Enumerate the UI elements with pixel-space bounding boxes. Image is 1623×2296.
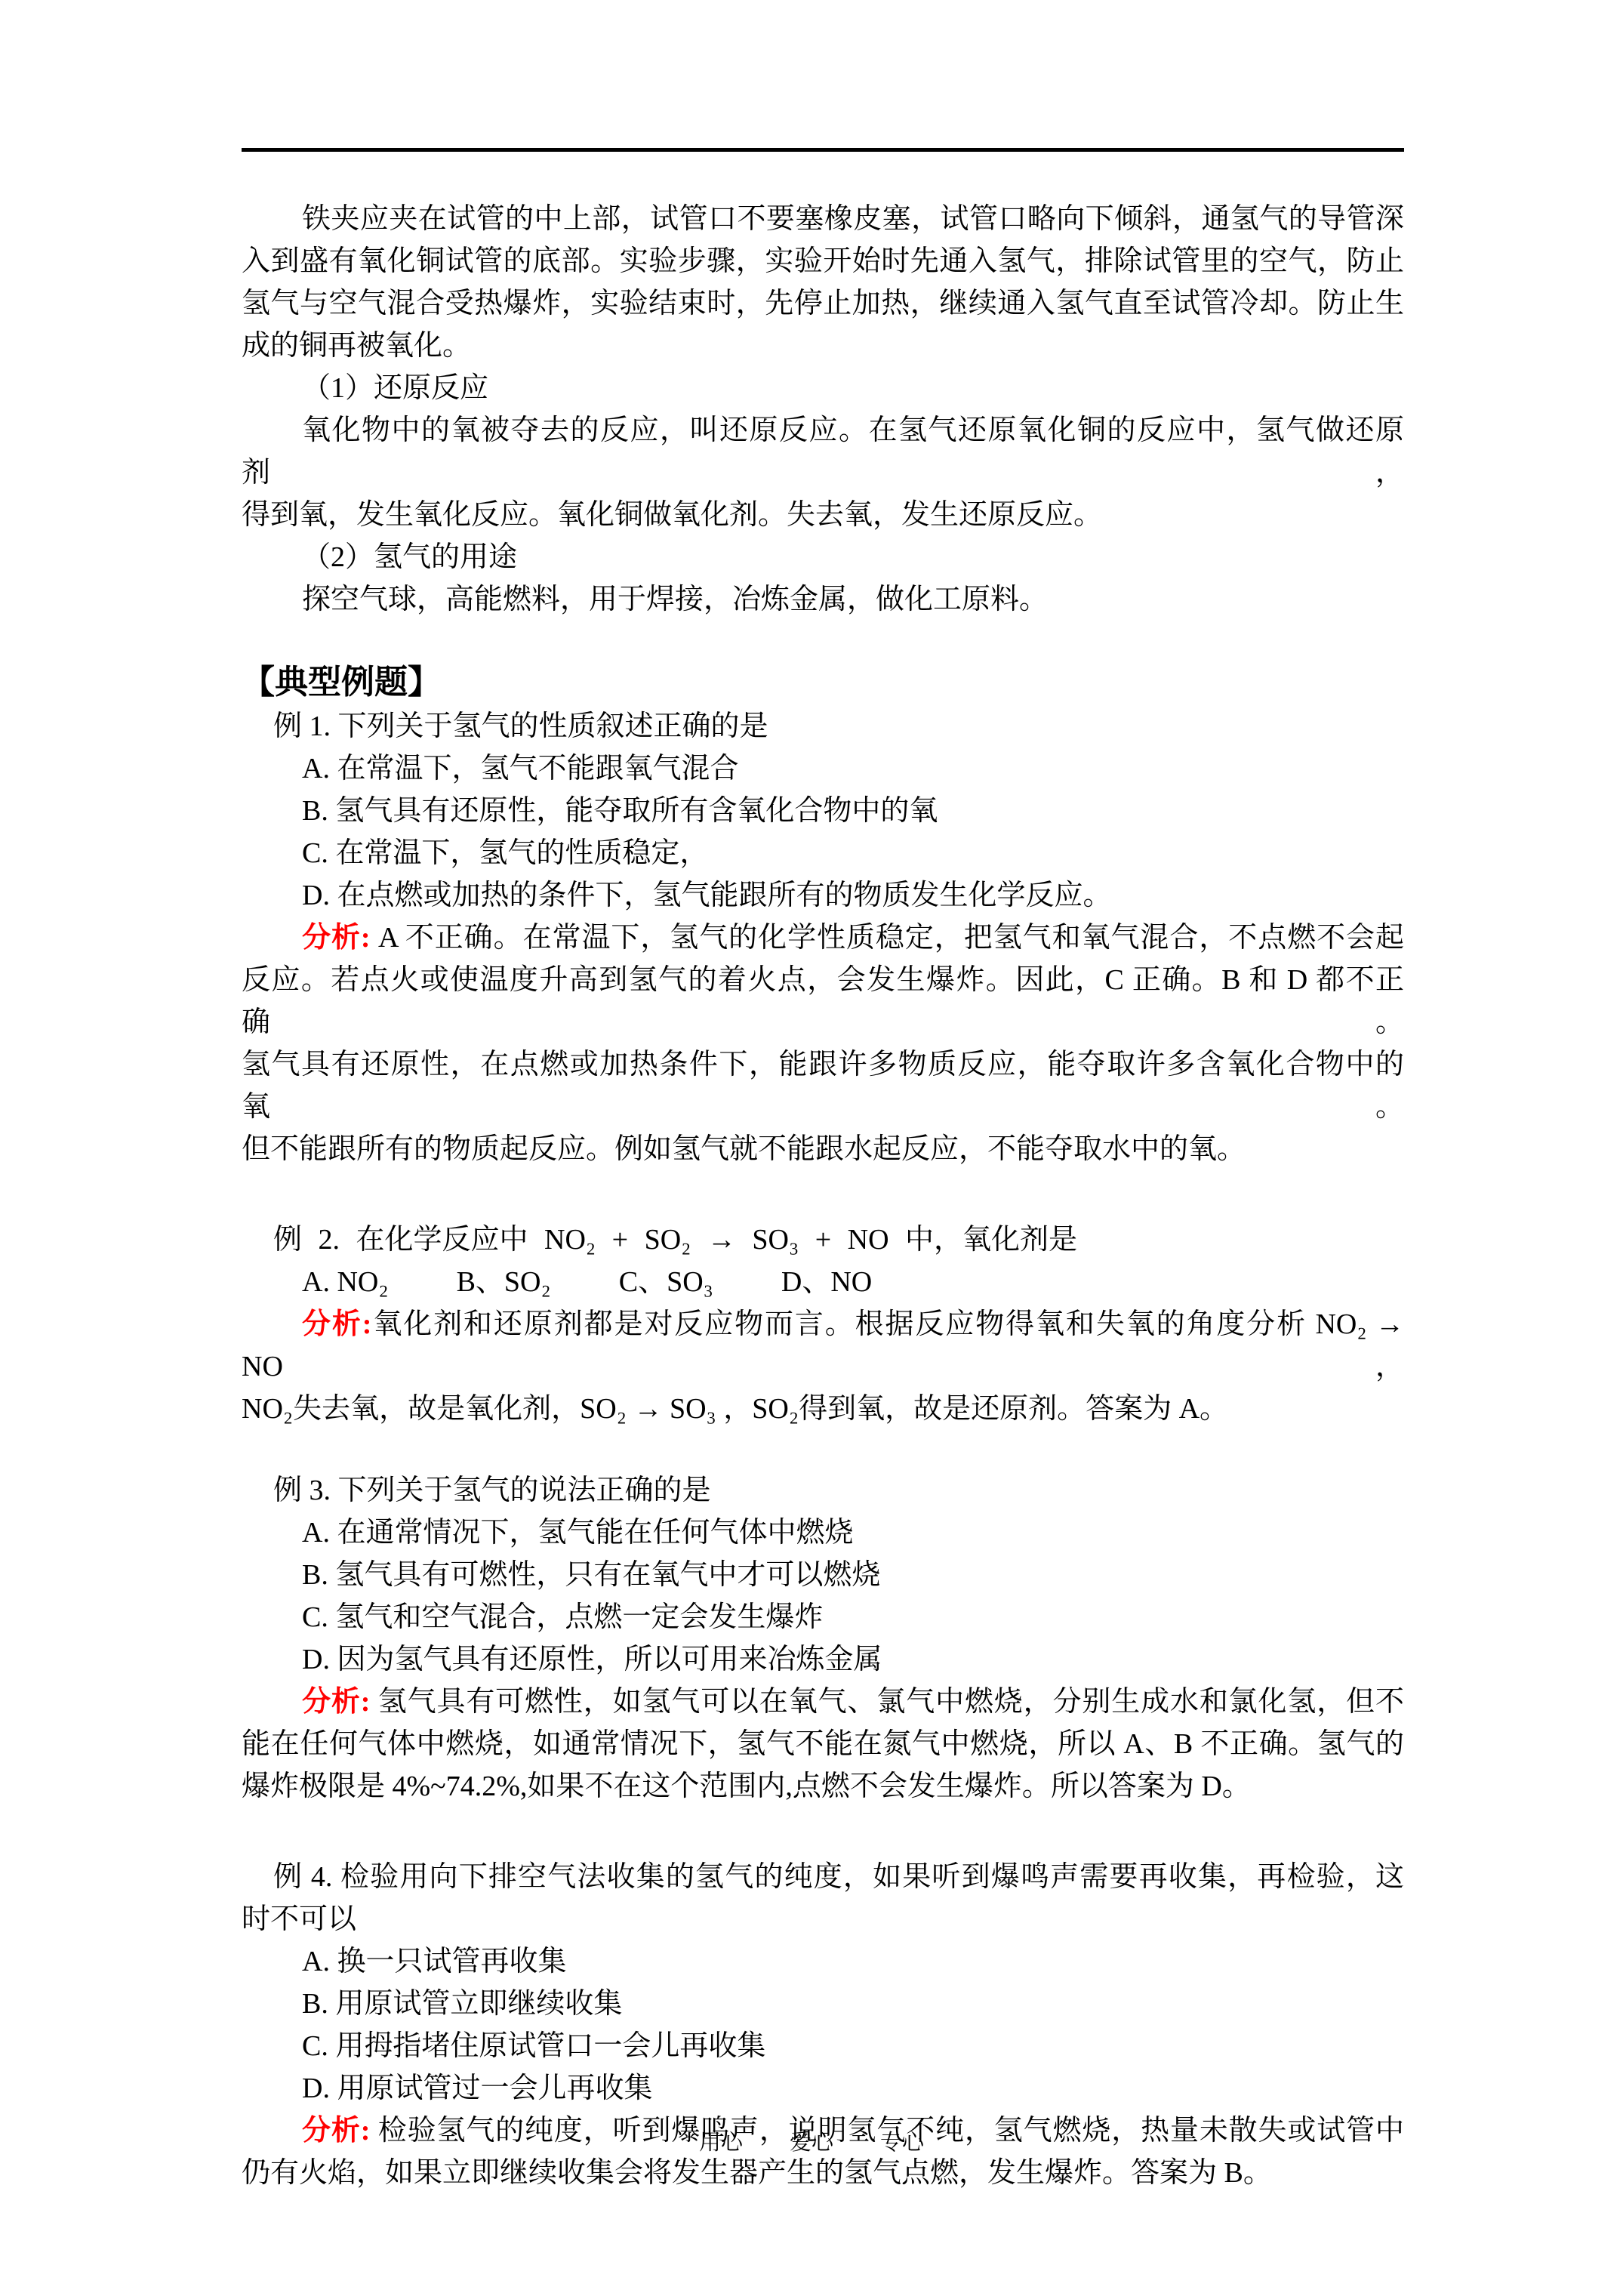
options-inline-row: A. NO₂B、SO₂C、SO₃D、NO bbox=[242, 1261, 1404, 1303]
analysis-line: 仍有火焰，如果立即继续收集会将发生器产生的氢气点燃，发生爆炸。答案为 B。 bbox=[242, 2152, 1404, 2194]
analysis-line: 分析: 氢气具有可燃性，如氢气可以在氧气、氯气中燃烧，分别生成水和氯化氢，但不 bbox=[242, 1681, 1404, 1723]
option-item: B、SO₂ bbox=[457, 1266, 551, 1298]
subheading-hydrogen-uses: （2）氢气的用途 bbox=[242, 536, 1404, 578]
analysis-text: A 不正确。在常温下，氢气的化学性质稳定，把氢气和氧气混合，不点燃不会起 bbox=[371, 922, 1404, 954]
subheading-reduction-reaction: （1）还原反应 bbox=[242, 367, 1404, 409]
example-1: 例 1. 下列关于氢气的性质叙述正确的是 A. 在常温下，氢气不能跟氧气混合 B… bbox=[242, 705, 1404, 1170]
option-item: C、SO₃ bbox=[619, 1266, 713, 1298]
text-line: 氢气与空气混合受热爆炸，实验结束时，先停止加热，继续通入氢气直至试管冷却。防止生 bbox=[242, 282, 1404, 325]
option-line: C. 在常温下，氢气的性质稳定， bbox=[242, 832, 1404, 874]
uses-paragraph: 探空气球，高能燃料，用于焊接，冶炼金属，做化工原料。 bbox=[242, 578, 1404, 621]
analysis-line: 分析: A 不正确。在常温下，氢气的化学性质稳定，把氢气和氧气混合，不点燃不会起 bbox=[242, 917, 1404, 959]
analysis-label: 分析: bbox=[302, 922, 371, 954]
option-line: D. 在点燃或加热的条件下，氢气能跟所有的物质发生化学反应。 bbox=[242, 874, 1404, 917]
footer-word: 爱心 bbox=[790, 2131, 833, 2155]
analysis-text: 氢气具有可燃性，如氢气可以在氧气、氯气中燃烧，分别生成水和氯化氢，但不 bbox=[370, 1686, 1404, 1718]
option-item: A. NO₂ bbox=[302, 1266, 389, 1298]
option-line: B. 氢气具有还原性，能夺取所有含氧化合物中的氧 bbox=[242, 790, 1404, 832]
analysis-line: 爆炸极限是 4%~74.2%,如果不在这个范围内,点燃不会发生爆炸。所以答案为 … bbox=[242, 1765, 1404, 1808]
page-footer: 用心爱心专心 bbox=[0, 2129, 1623, 2156]
option-line: B. 用原试管立即继续收集 bbox=[242, 1983, 1404, 2025]
text-line: 得到氧，发生氧化反应。氧化铜做氧化剂。失去氧，发生还原反应。 bbox=[242, 494, 1404, 536]
option-line: A. 换一只试管再收集 bbox=[242, 1940, 1404, 1983]
question-line: 时不可以 bbox=[242, 1898, 1404, 1940]
option-line: B. 氢气具有可燃性，只有在氧气中才可以燃烧 bbox=[242, 1554, 1404, 1596]
notes-paragraph-1: 铁夹应夹在试管的中上部，试管口不要塞橡皮塞，试管口略向下倾斜，通氢气的导管深 入… bbox=[242, 198, 1404, 367]
header-rule bbox=[242, 148, 1404, 152]
option-item: D、NO bbox=[781, 1266, 872, 1298]
option-line: A. 在常温下，氢气不能跟氧气混合 bbox=[242, 747, 1404, 790]
option-line: D. 因为氢气具有还原性，所以可用来冶炼金属 bbox=[242, 1638, 1404, 1681]
option-line: C. 用拇指堵住原试管口一会儿再收集 bbox=[242, 2025, 1404, 2067]
analysis-label: 分析: bbox=[302, 1308, 371, 1340]
option-line: C. 氢气和空气混合，点燃一定会发生爆炸 bbox=[242, 1596, 1404, 1638]
analysis-line: 反应。若点火或使温度升高到氢气的着火点，会发生爆炸。因此，C 正确。B 和 D … bbox=[242, 959, 1404, 1043]
example-2: 例 2. 在化学反应中 NO₂ + SO₂ → SO₃ + NO 中，氧化剂是 … bbox=[242, 1219, 1404, 1430]
question-line: 例 3. 下列关于氢气的说法正确的是 bbox=[242, 1469, 1404, 1512]
analysis-line: 能在任何气体中燃烧，如通常情况下，氢气不能在氮气中燃烧，所以 A、B 不正确。氢… bbox=[242, 1723, 1404, 1765]
section-heading: 【典型例题】 bbox=[242, 660, 1404, 705]
footer-word: 专心 bbox=[880, 2131, 924, 2155]
analysis-line: 但不能跟所有的物质起反应。例如氢气就不能跟水起反应，不能夺取水中的氧。 bbox=[242, 1128, 1404, 1170]
analysis-label: 分析: bbox=[302, 1686, 370, 1718]
text-line: 铁夹应夹在试管的中上部，试管口不要塞橡皮塞，试管口略向下倾斜，通氢气的导管深 bbox=[242, 198, 1404, 240]
analysis-line: NO₂失去氧，故是氧化剂，SO₂ → SO₃ ，SO₂得到氧，故是还原剂。答案为… bbox=[242, 1388, 1404, 1430]
question-line: 例 1. 下列关于氢气的性质叙述正确的是 bbox=[242, 705, 1404, 747]
document-page: 铁夹应夹在试管的中上部，试管口不要塞橡皮塞，试管口略向下倾斜，通氢气的导管深 入… bbox=[0, 0, 1623, 2296]
example-3: 例 3. 下列关于氢气的说法正确的是 A. 在通常情况下，氢气能在任何气体中燃烧… bbox=[242, 1469, 1404, 1808]
question-line: 例 4. 检验用向下排空气法收集的氢气的纯度，如果听到爆鸣声需要再收集，再检验，… bbox=[242, 1856, 1404, 1898]
footer-word: 用心 bbox=[699, 2131, 743, 2155]
option-line: A. 在通常情况下，氢气能在任何气体中燃烧 bbox=[242, 1512, 1404, 1554]
option-line: D. 用原试管过一会儿再收集 bbox=[242, 2067, 1404, 2110]
text-line: 成的铜再被氧化。 bbox=[242, 325, 1404, 367]
document-content: 铁夹应夹在试管的中上部，试管口不要塞橡皮塞，试管口略向下倾斜，通氢气的导管深 入… bbox=[242, 148, 1404, 2194]
question-line: 例 2. 在化学反应中 NO₂ + SO₂ → SO₃ + NO 中，氧化剂是 bbox=[242, 1219, 1404, 1261]
text-line: 入到盛有氧化铜试管的底部。实验步骤，实验开始时先通入氢气，排除试管里的空气，防止 bbox=[242, 240, 1404, 282]
analysis-text: 氧化剂和还原剂都是对反应物而言。根据反应物得氧和失氧的角度分析 NO₂ → NO… bbox=[242, 1308, 1404, 1382]
text-line: 氧化物中的氧被夺去的反应，叫还原反应。在氢气还原氧化铜的反应中，氢气做还原剂， bbox=[242, 409, 1404, 494]
analysis-line: 分析:氧化剂和还原剂都是对反应物而言。根据反应物得氧和失氧的角度分析 NO₂ →… bbox=[242, 1303, 1404, 1388]
analysis-line: 氢气具有还原性，在点燃或加热条件下，能跟许多物质反应，能夺取许多含氧化合物中的氧… bbox=[242, 1043, 1404, 1128]
notes-paragraph-2: 氧化物中的氧被夺去的反应，叫还原反应。在氢气还原氧化铜的反应中，氢气做还原剂， … bbox=[242, 409, 1404, 536]
